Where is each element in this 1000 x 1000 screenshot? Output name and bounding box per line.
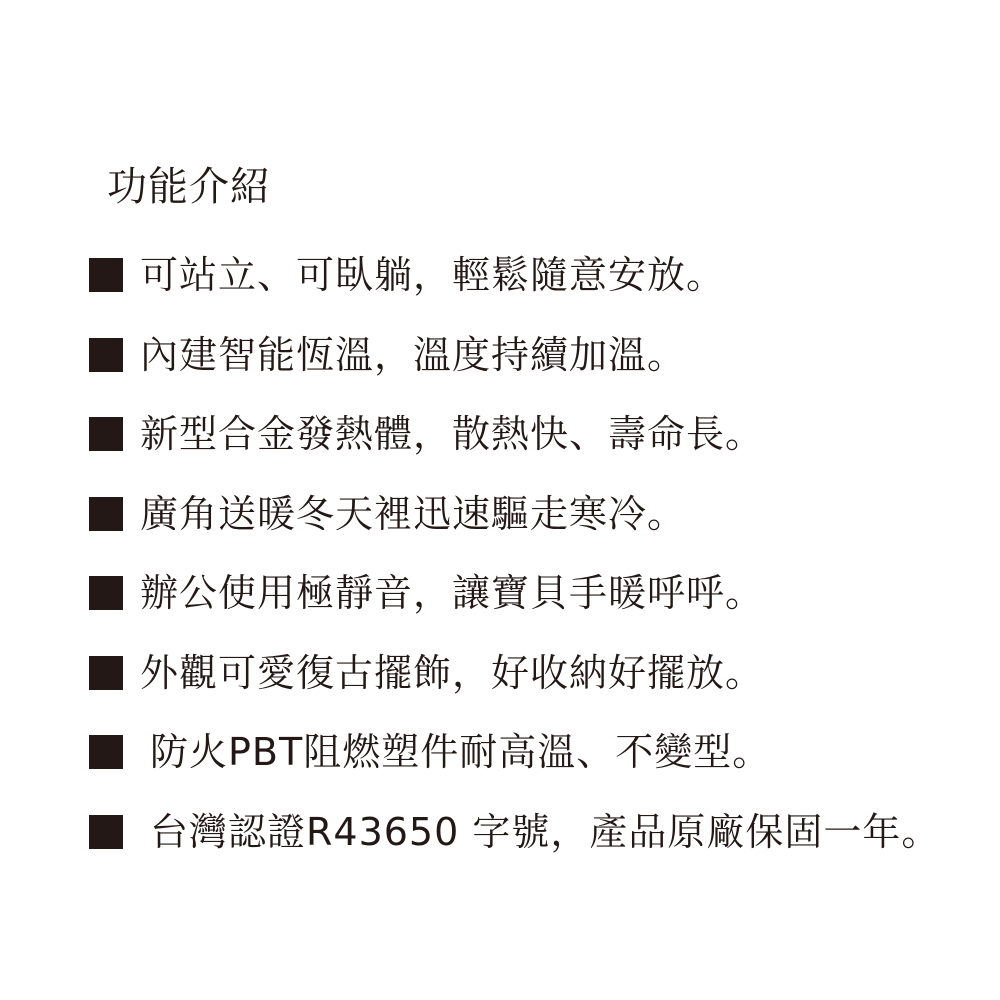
square-bullet-icon: [89, 815, 123, 849]
feature-text: 廣角送暖冬天裡迅速驅走寒冷。: [140, 491, 686, 537]
square-bullet-icon: [89, 258, 123, 292]
square-bullet-icon: [89, 417, 123, 451]
feature-item: 廣角送暖冬天裡迅速驅走寒冷。: [89, 491, 940, 571]
feature-list: 可站立、可臥躺，輕鬆隨意安放。 內建智能恆溫，溫度持續加溫。 新型合金發熱體，散…: [89, 252, 940, 888]
feature-text: 新型合金發熱體，散熱快、壽命長。: [140, 411, 764, 457]
feature-item: 台灣認證R43650 字號，產品原廠保固一年。: [89, 809, 940, 889]
feature-item: 新型合金發熱體，散熱快、壽命長。: [89, 411, 940, 491]
square-bullet-icon: [89, 735, 123, 769]
feature-text: 可站立、可臥躺，輕鬆隨意安放。: [140, 252, 725, 298]
feature-text: 外觀可愛復古擺飾，好收納好擺放。: [140, 650, 764, 696]
feature-item: 內建智能恆溫，溫度持續加溫。: [89, 332, 940, 412]
square-bullet-icon: [89, 656, 123, 690]
square-bullet-icon: [89, 497, 123, 531]
square-bullet-icon: [89, 338, 123, 372]
feature-text: 辦公使用極靜音，讓寶貝手暖呼呼。: [140, 570, 764, 616]
feature-item: 外觀可愛復古擺飾，好收納好擺放。: [89, 650, 940, 730]
feature-text: 內建智能恆溫，溫度持續加溫。: [140, 332, 686, 378]
feature-item: 防火PBT阻燃塑件耐高溫、不變型。: [89, 729, 940, 809]
square-bullet-icon: [89, 576, 123, 610]
feature-item: 辦公使用極靜音，讓寶貝手暖呼呼。: [89, 570, 940, 650]
feature-item: 可站立、可臥躺，輕鬆隨意安放。: [89, 252, 940, 332]
page-title: 功能介紹: [107, 163, 271, 211]
feature-text: 台灣認證R43650 字號，產品原廠保固一年。: [150, 809, 940, 855]
feature-text: 防火PBT阻燃塑件耐高溫、不變型。: [150, 729, 771, 775]
